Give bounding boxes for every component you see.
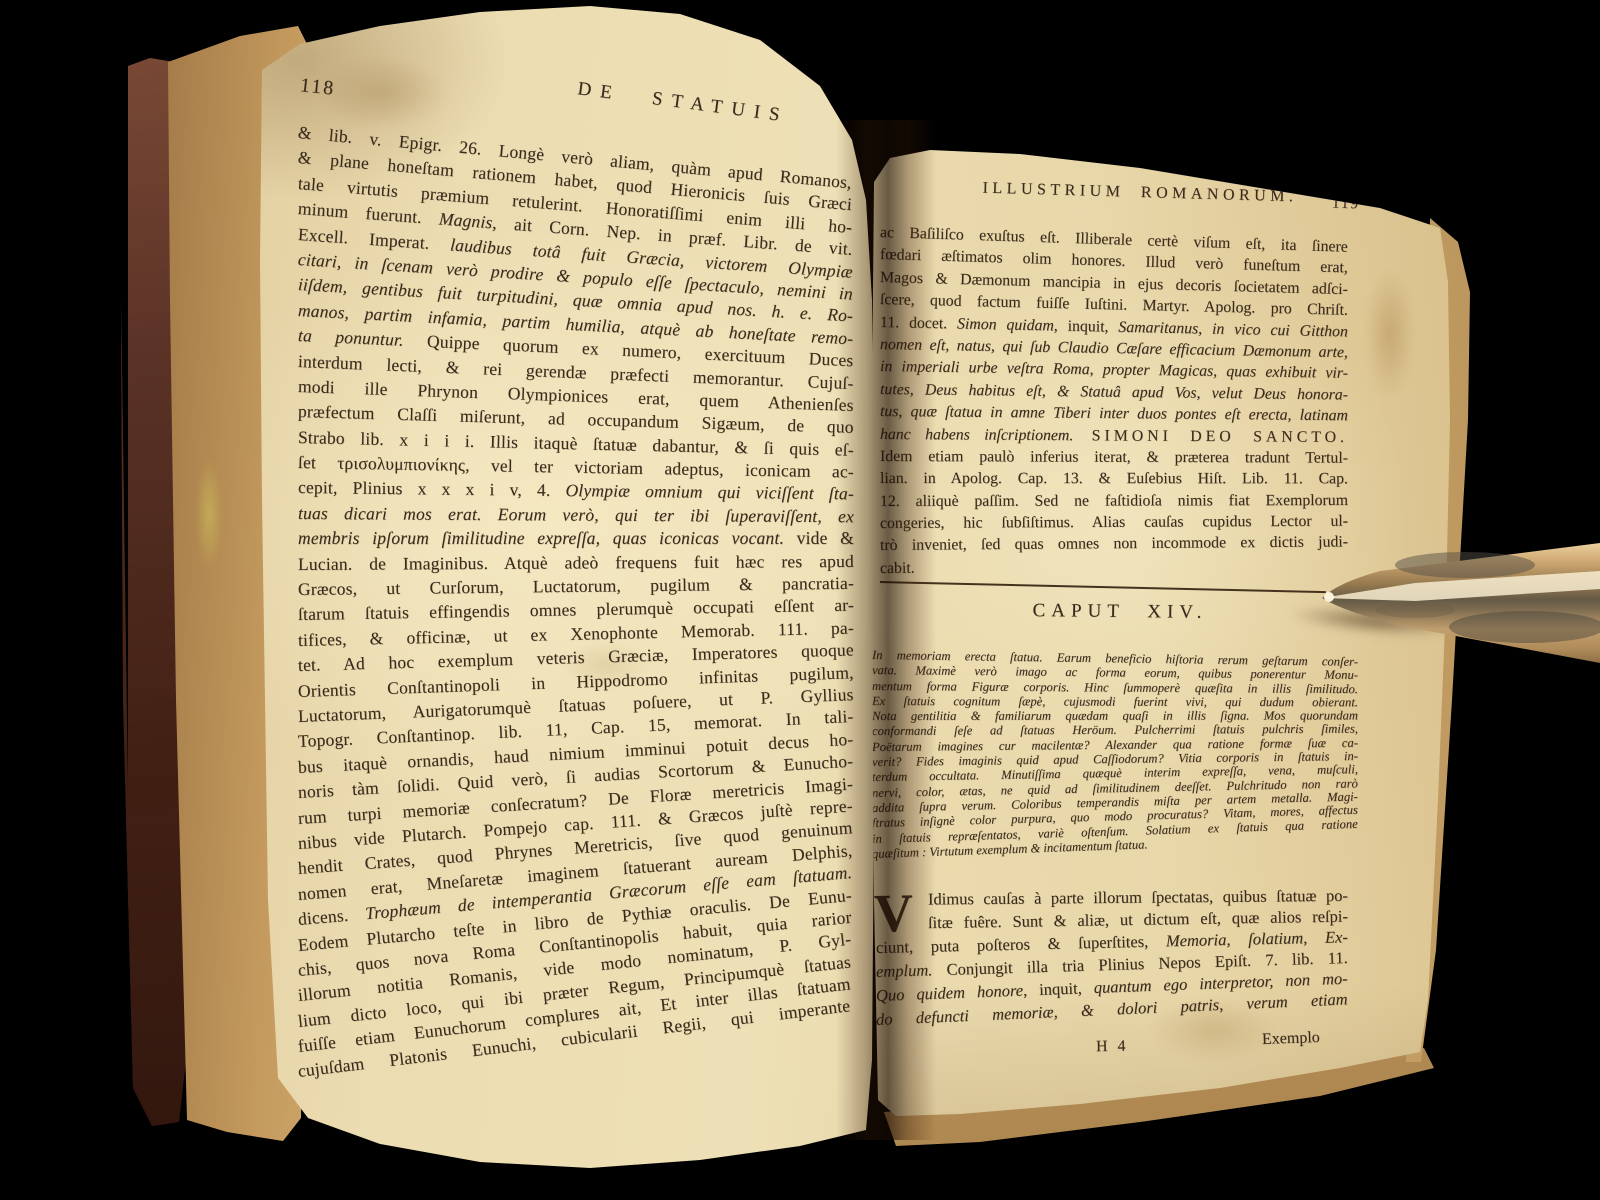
left-page-text: & lib. v. Epigr. 26. Longè verò aliam, q… bbox=[298, 120, 854, 1085]
letter-opener-icon bbox=[1265, 515, 1600, 715]
text-line: Idem etiam paulò inferius iterat, & præt… bbox=[880, 446, 1348, 470]
gathering-signature: H 4 bbox=[1096, 1038, 1129, 1057]
section-divider-rule bbox=[880, 581, 1326, 593]
gutter-shadow bbox=[836, 120, 936, 1140]
blade-tip-glint bbox=[1324, 592, 1334, 602]
chapter-heading: CAPUT XIV. bbox=[940, 599, 1300, 625]
edge-stain bbox=[196, 458, 222, 570]
page-number: 119 bbox=[1332, 196, 1361, 214]
text-line: 12. aliiquè paſſim. Sed ne faſtidioſa ni… bbox=[880, 490, 1348, 513]
text-line: membris ipſorum ſimilitudine expreſſa, q… bbox=[298, 526, 854, 551]
chapter-paragraph: Idimus cauſas à parte illorum ſpectatas,… bbox=[876, 888, 1348, 1032]
blade-tarnish bbox=[1375, 602, 1455, 618]
paper-stain bbox=[1365, 268, 1415, 400]
book-photograph: 118 DE STATUIS & lib. v. Epigr. 26. Long… bbox=[0, 0, 1600, 1200]
page-number: 118 bbox=[299, 74, 336, 101]
paper-stain bbox=[318, 56, 448, 130]
text-line: lian. in Apolog. Cap. 13. & Euſebius Hiſ… bbox=[880, 468, 1348, 491]
catchword: Exemplo bbox=[1262, 1029, 1320, 1049]
running-title: ILLUSTRIUM ROMANORUM. bbox=[938, 178, 1342, 207]
blade-tarnish bbox=[1395, 552, 1535, 578]
blade-tarnish bbox=[1449, 611, 1600, 643]
text-line: hanc habens inſcriptionem. SIMONI DEO SA… bbox=[880, 424, 1348, 449]
